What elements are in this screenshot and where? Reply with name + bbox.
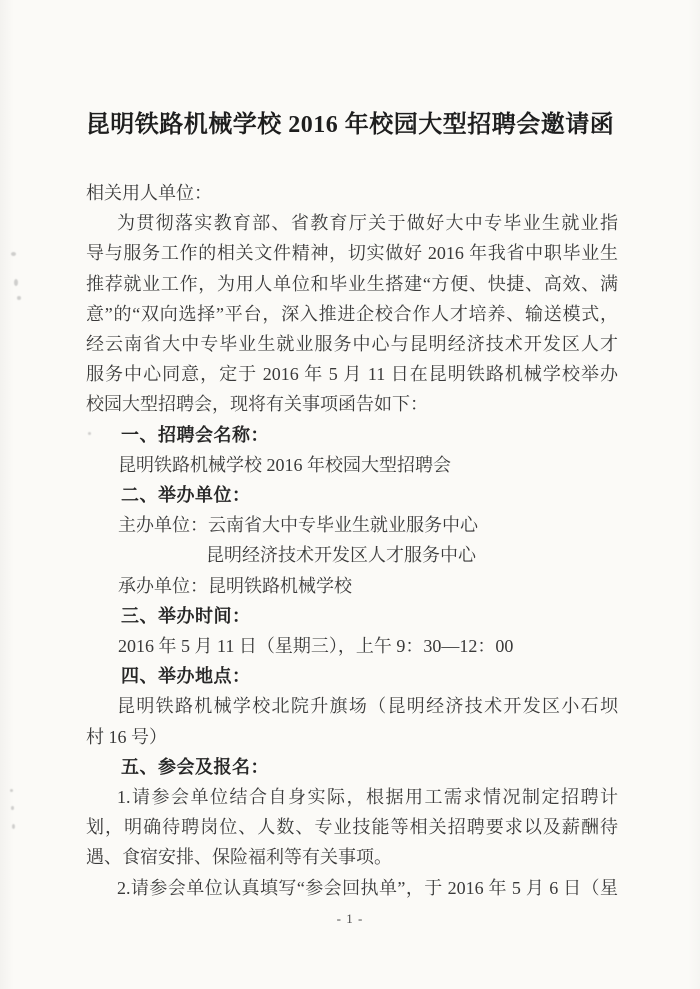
body-text-line: 2.请参会单位认真填写“参会回执单”，于 2016 年 5 月 6 日（星 — [86, 873, 618, 903]
scan-artifact — [11, 806, 14, 810]
body-text-line: 推荐就业工作，为用人单位和毕业生搭建“方便、快捷、高效、满 — [86, 269, 618, 299]
body-text-line: 导与服务工作的相关文件精神，切实做好 2016 年我省中职毕业生 — [86, 238, 618, 268]
body-text-line: 意”的“双向选择”平台，深入推进企校合作人才培养、输送模式， — [86, 299, 618, 329]
scan-artifact — [12, 824, 15, 829]
body-text-line: 划，明确待聘岗位、人数、专业技能等相关招聘要求以及薪酬待 — [86, 812, 618, 842]
document-body: 相关用人单位： 为贯彻落实教育部、省教育厅关于做好大中专毕业生就业指 导与服务工… — [86, 178, 618, 903]
body-text-line: 校园大型招聘会，现将有关事项函告如下： — [86, 389, 618, 419]
body-text-line: 经云南省大中专毕业生就业服务中心与昆明经济技术开发区人才 — [86, 329, 618, 359]
page-number: - 1 - — [0, 911, 700, 927]
document-title: 昆明铁路机械学校 2016 年校园大型招聘会邀请函 — [0, 0, 700, 144]
body-text-line: 为贯彻落实教育部、省教育厅关于做好大中专毕业生就业指 — [86, 208, 618, 238]
body-text-line: 2016 年 5 月 11 日（星期三），上午 9：30—12：00 — [86, 631, 618, 661]
scan-artifact — [17, 296, 21, 300]
recipient-salutation: 相关用人单位： — [86, 178, 618, 208]
body-text-line: 遇、食宿安排、保险福利等有关事项。 — [86, 842, 618, 872]
body-text-line: 主办单位：云南省大中专毕业生就业服务中心 — [86, 510, 618, 540]
section-heading: 一、招聘会名称： — [86, 420, 618, 450]
scan-artifact — [11, 252, 16, 256]
scan-artifact — [88, 432, 91, 435]
scanned-document-page: 昆明铁路机械学校 2016 年校园大型招聘会邀请函 相关用人单位： 为贯彻落实教… — [0, 0, 700, 989]
section-heading: 五、参会及报名： — [86, 752, 618, 782]
body-text-line: 承办单位：昆明铁路机械学校 — [86, 571, 618, 601]
scan-artifact — [14, 279, 18, 286]
section-heading: 二、举办单位： — [86, 480, 618, 510]
body-text-line: 村 16 号） — [86, 722, 618, 752]
body-text-line: 服务中心同意，定于 2016 年 5 月 11 日在昆明铁路机械学校举办 — [86, 359, 618, 389]
body-text-line: 昆明铁路机械学校北院升旗场（昆明经济技术开发区小石坝 — [86, 691, 618, 721]
section-heading: 三、举办时间： — [86, 601, 618, 631]
scan-artifact — [10, 789, 13, 792]
section-heading: 四、举办地点： — [86, 661, 618, 691]
body-text-line: 1.请参会单位结合自身实际，根据用工需求情况制定招聘计 — [86, 782, 618, 812]
body-text-line: 昆明铁路机械学校 2016 年校园大型招聘会 — [86, 450, 618, 480]
body-text-line: 昆明经济技术开发区人才服务中心 — [86, 540, 618, 570]
